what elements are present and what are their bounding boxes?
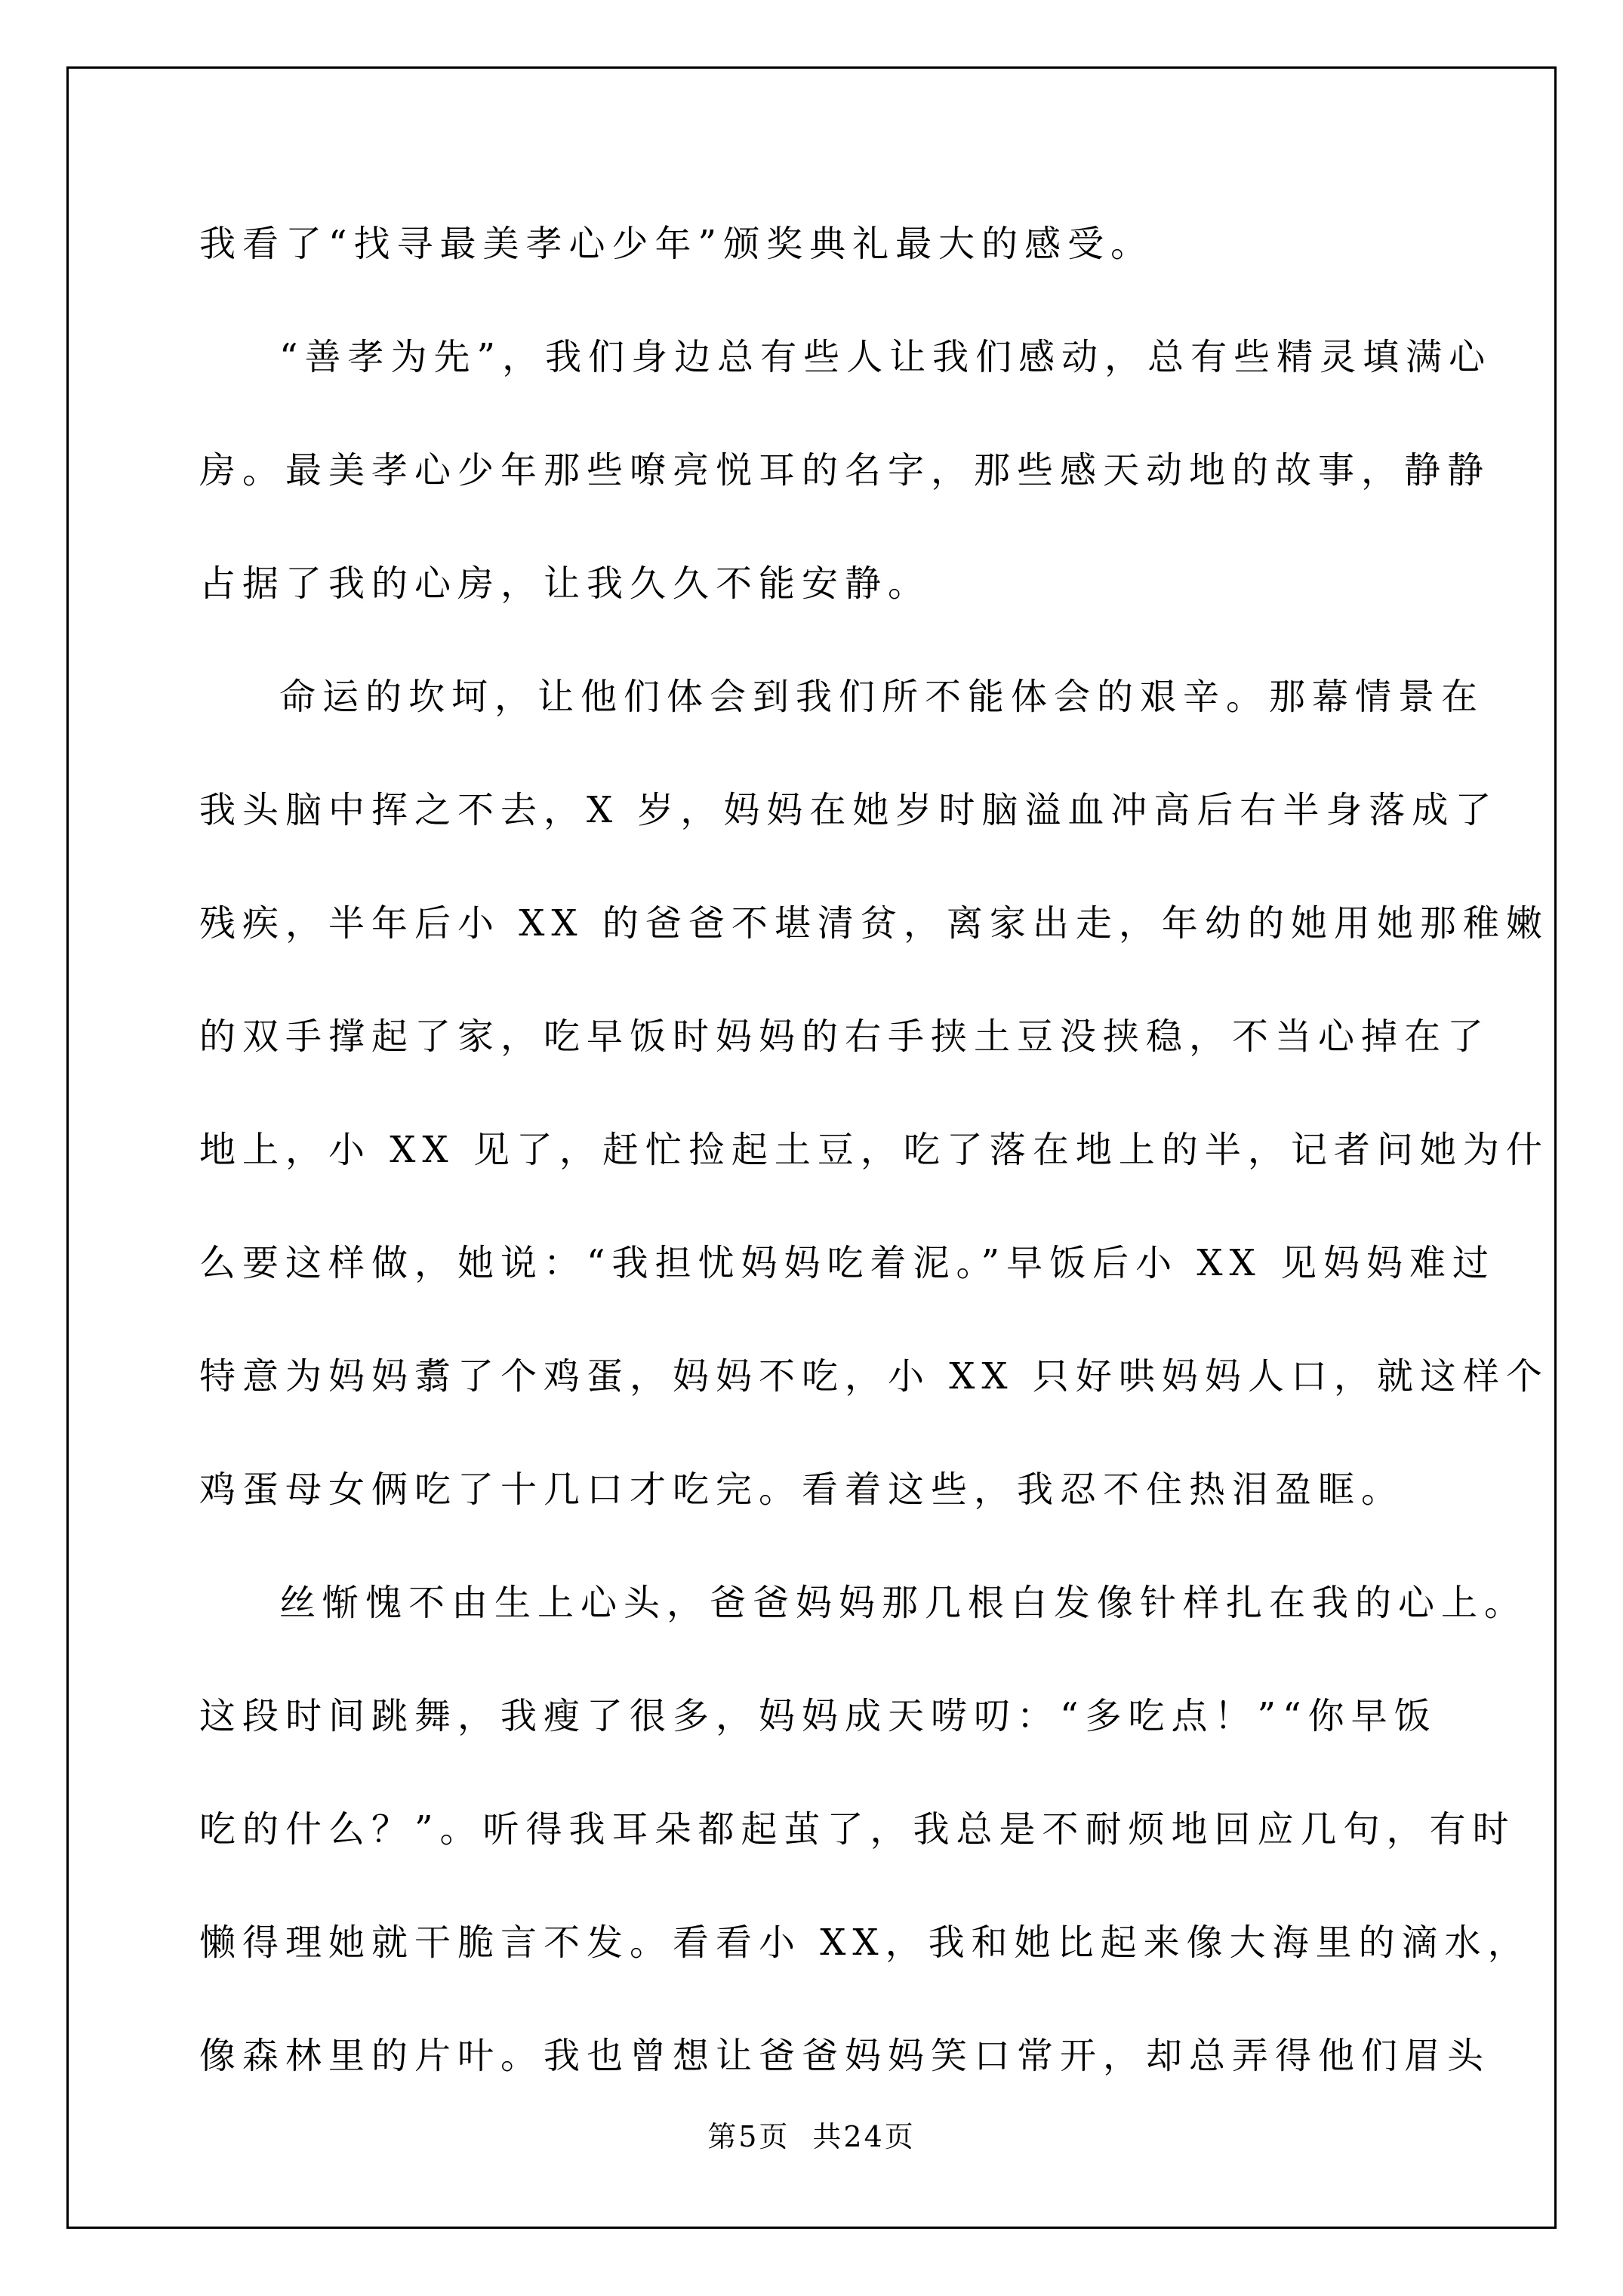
current-page-label: 第5页: [707, 2120, 790, 2153]
total-pages-label: 共24页: [812, 2120, 915, 2153]
text-line: 像森林里的片叶。我也曾想让爸爸妈妈笑口常开，却总弄得他们眉头: [199, 1999, 1452, 2113]
text-line: 懒得理她就干脆言不发。看看小 XX，我和她比起来像大海里的滴水，: [199, 1886, 1452, 1999]
text-line: 占据了我的心房，让我久久不能安静。: [199, 527, 1452, 640]
text-line: 命运的坎坷，让他们体会到我们所不能体会的艰辛。那幕情景在: [199, 640, 1452, 754]
text-line: 地上，小 XX 见了，赶忙捡起土豆，吃了落在地上的半，记者问她为什: [199, 1093, 1452, 1207]
text-line: 丝惭愧不由生上心头，爸爸妈妈那几根白发像针样扎在我的心上。: [199, 1546, 1452, 1660]
document-text: 我看了“找寻最美孝心少年”颁奖典礼最大的感受。 “善孝为先”，我们身边总有些人让…: [199, 187, 1452, 2113]
text-line: 鸡蛋母女俩吃了十几口才吃完。看着这些，我忍不住热泪盈眶。: [199, 1433, 1452, 1546]
text-line: “善孝为先”，我们身边总有些人让我们感动，总有些精灵填满心: [199, 300, 1452, 414]
text-line: 房。最美孝心少年那些嘹亮悦耳的名字，那些感天动地的故事，静静: [199, 414, 1452, 527]
text-line: 残疾，半年后小 XX 的爸爸不堪清贫，离家出走，年幼的她用她那稚嫩: [199, 867, 1452, 980]
text-line: 我看了“找寻最美孝心少年”颁奖典礼最大的感受。: [199, 187, 1452, 300]
text-line: 这段时间跳舞，我瘦了很多，妈妈成天唠叨：“多吃点！”“你早饭: [199, 1660, 1452, 1773]
text-line: 的双手撑起了家，吃早饭时妈妈的右手挟土豆没挟稳，不当心掉在了: [199, 980, 1452, 1093]
text-line: 特意为妈妈翥了个鸡蛋，妈妈不吃，小 XX 只好哄妈妈人口，就这样个: [199, 1320, 1452, 1433]
page-footer: 第5页共24页: [0, 2114, 1623, 2159]
document-page: { "document": { "colors": { "background"…: [0, 0, 1623, 2296]
text-line: 么要这样做，她说：“我担忧妈妈吃着泥。”早饭后小 XX 见妈妈难过: [199, 1207, 1452, 1320]
text-line: 吃的什么？”。听得我耳朵都起茧了，我总是不耐烦地回应几句，有时: [199, 1773, 1452, 1886]
text-line: 我头脑中挥之不去，X 岁，妈妈在她岁时脑溢血冲高后右半身落成了: [199, 754, 1452, 867]
